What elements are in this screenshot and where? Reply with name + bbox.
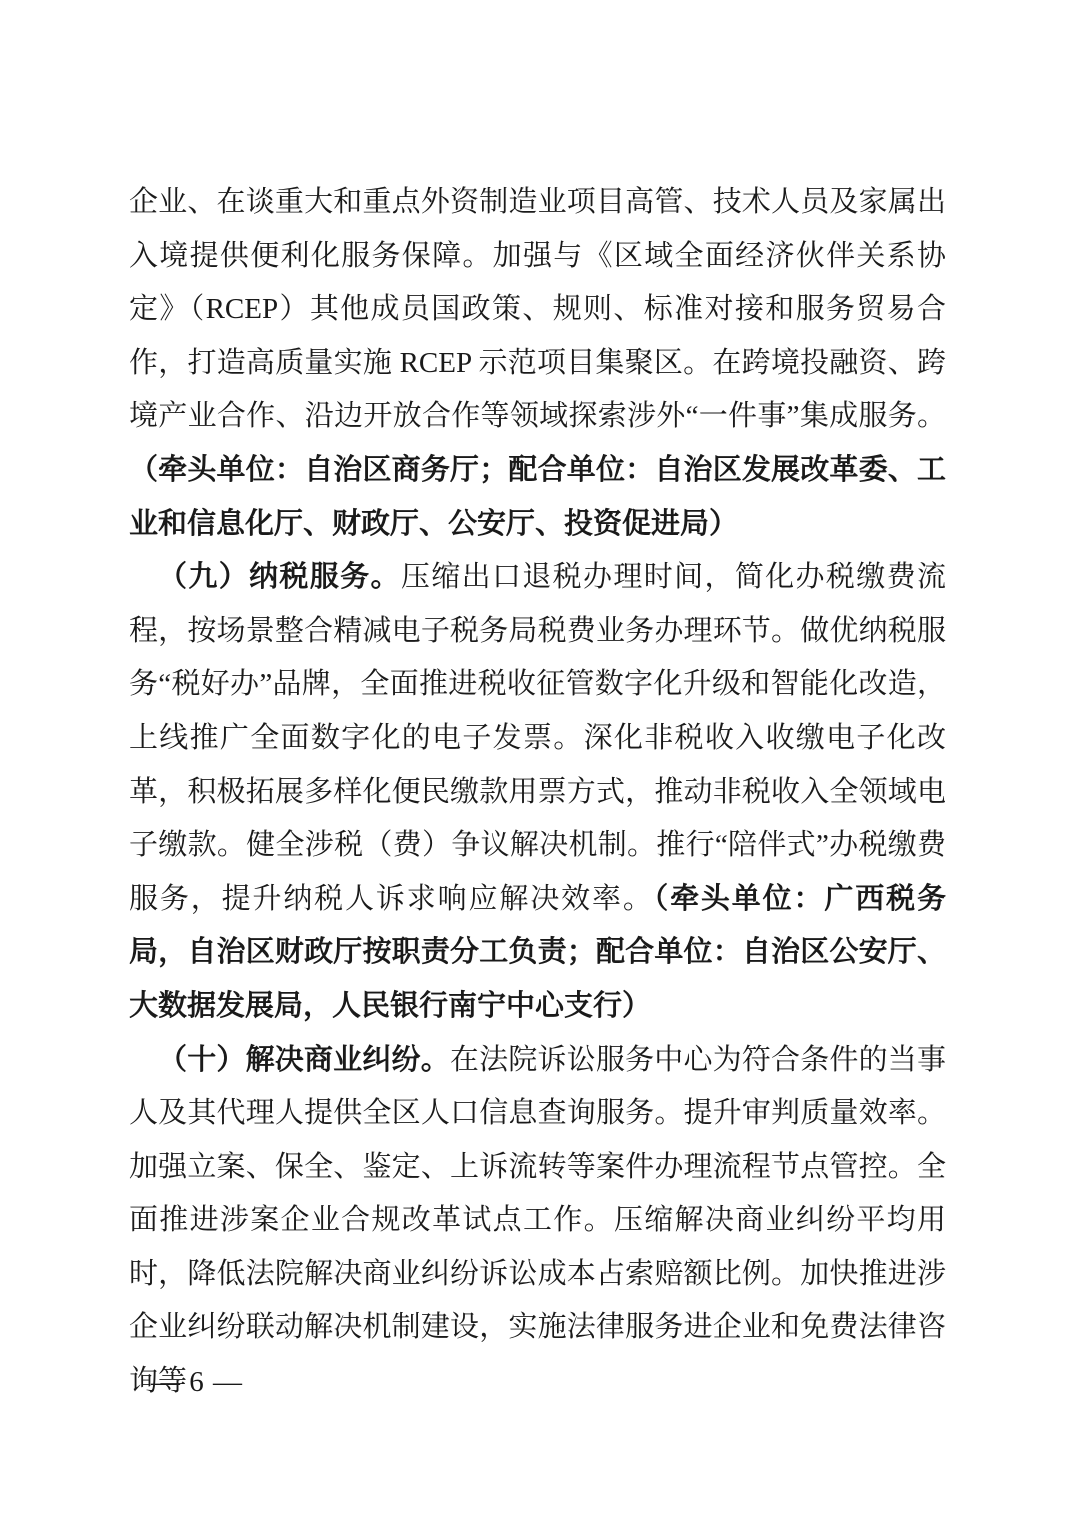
body-text: 压缩出口退税办理时间，简化办税缴费流程，按场景整合精减电子税务局税费业务办理环节… [129,561,946,915]
paragraph-continuation: 企业、在谈重大和重点外资制造业项目高管、技术人员及家属出入境提供便利化服务保障。… [129,176,946,551]
paragraph-section-9: （九）纳税服务。压缩出口退税办理时间，简化办税缴费流程，按场景整合精减电子税务局… [129,551,946,1033]
body-text: 企业、在谈重大和重点外资制造业项目高管、技术人员及家属出入境提供便利化服务保障。… [129,186,946,432]
document-body: 企业、在谈重大和重点外资制造业项目高管、技术人员及家属出入境提供便利化服务保障。… [129,176,946,1409]
document-page: 企业、在谈重大和重点外资制造业项目高管、技术人员及家属出入境提供便利化服务保障。… [0,0,1074,1520]
paragraph-section-10: （十）解决商业纠纷。在法院诉讼服务中心为符合条件的当事人及其代理人提供全区人口信… [129,1034,946,1409]
body-text: 在法院诉讼服务中心为符合条件的当事人及其代理人提供全区人口信息查询服务。提升审判… [129,1044,946,1398]
section-heading: （九）纳税服务。 [158,561,401,593]
page-number: — 6 — [151,1366,243,1399]
section-heading: （十）解决商业纠纷。 [158,1044,450,1076]
responsible-units-text: （牵头单位：自治区商务厅；配合单位：自治区发展改革委、工业和信息化厅、财政厅、公… [129,454,946,540]
